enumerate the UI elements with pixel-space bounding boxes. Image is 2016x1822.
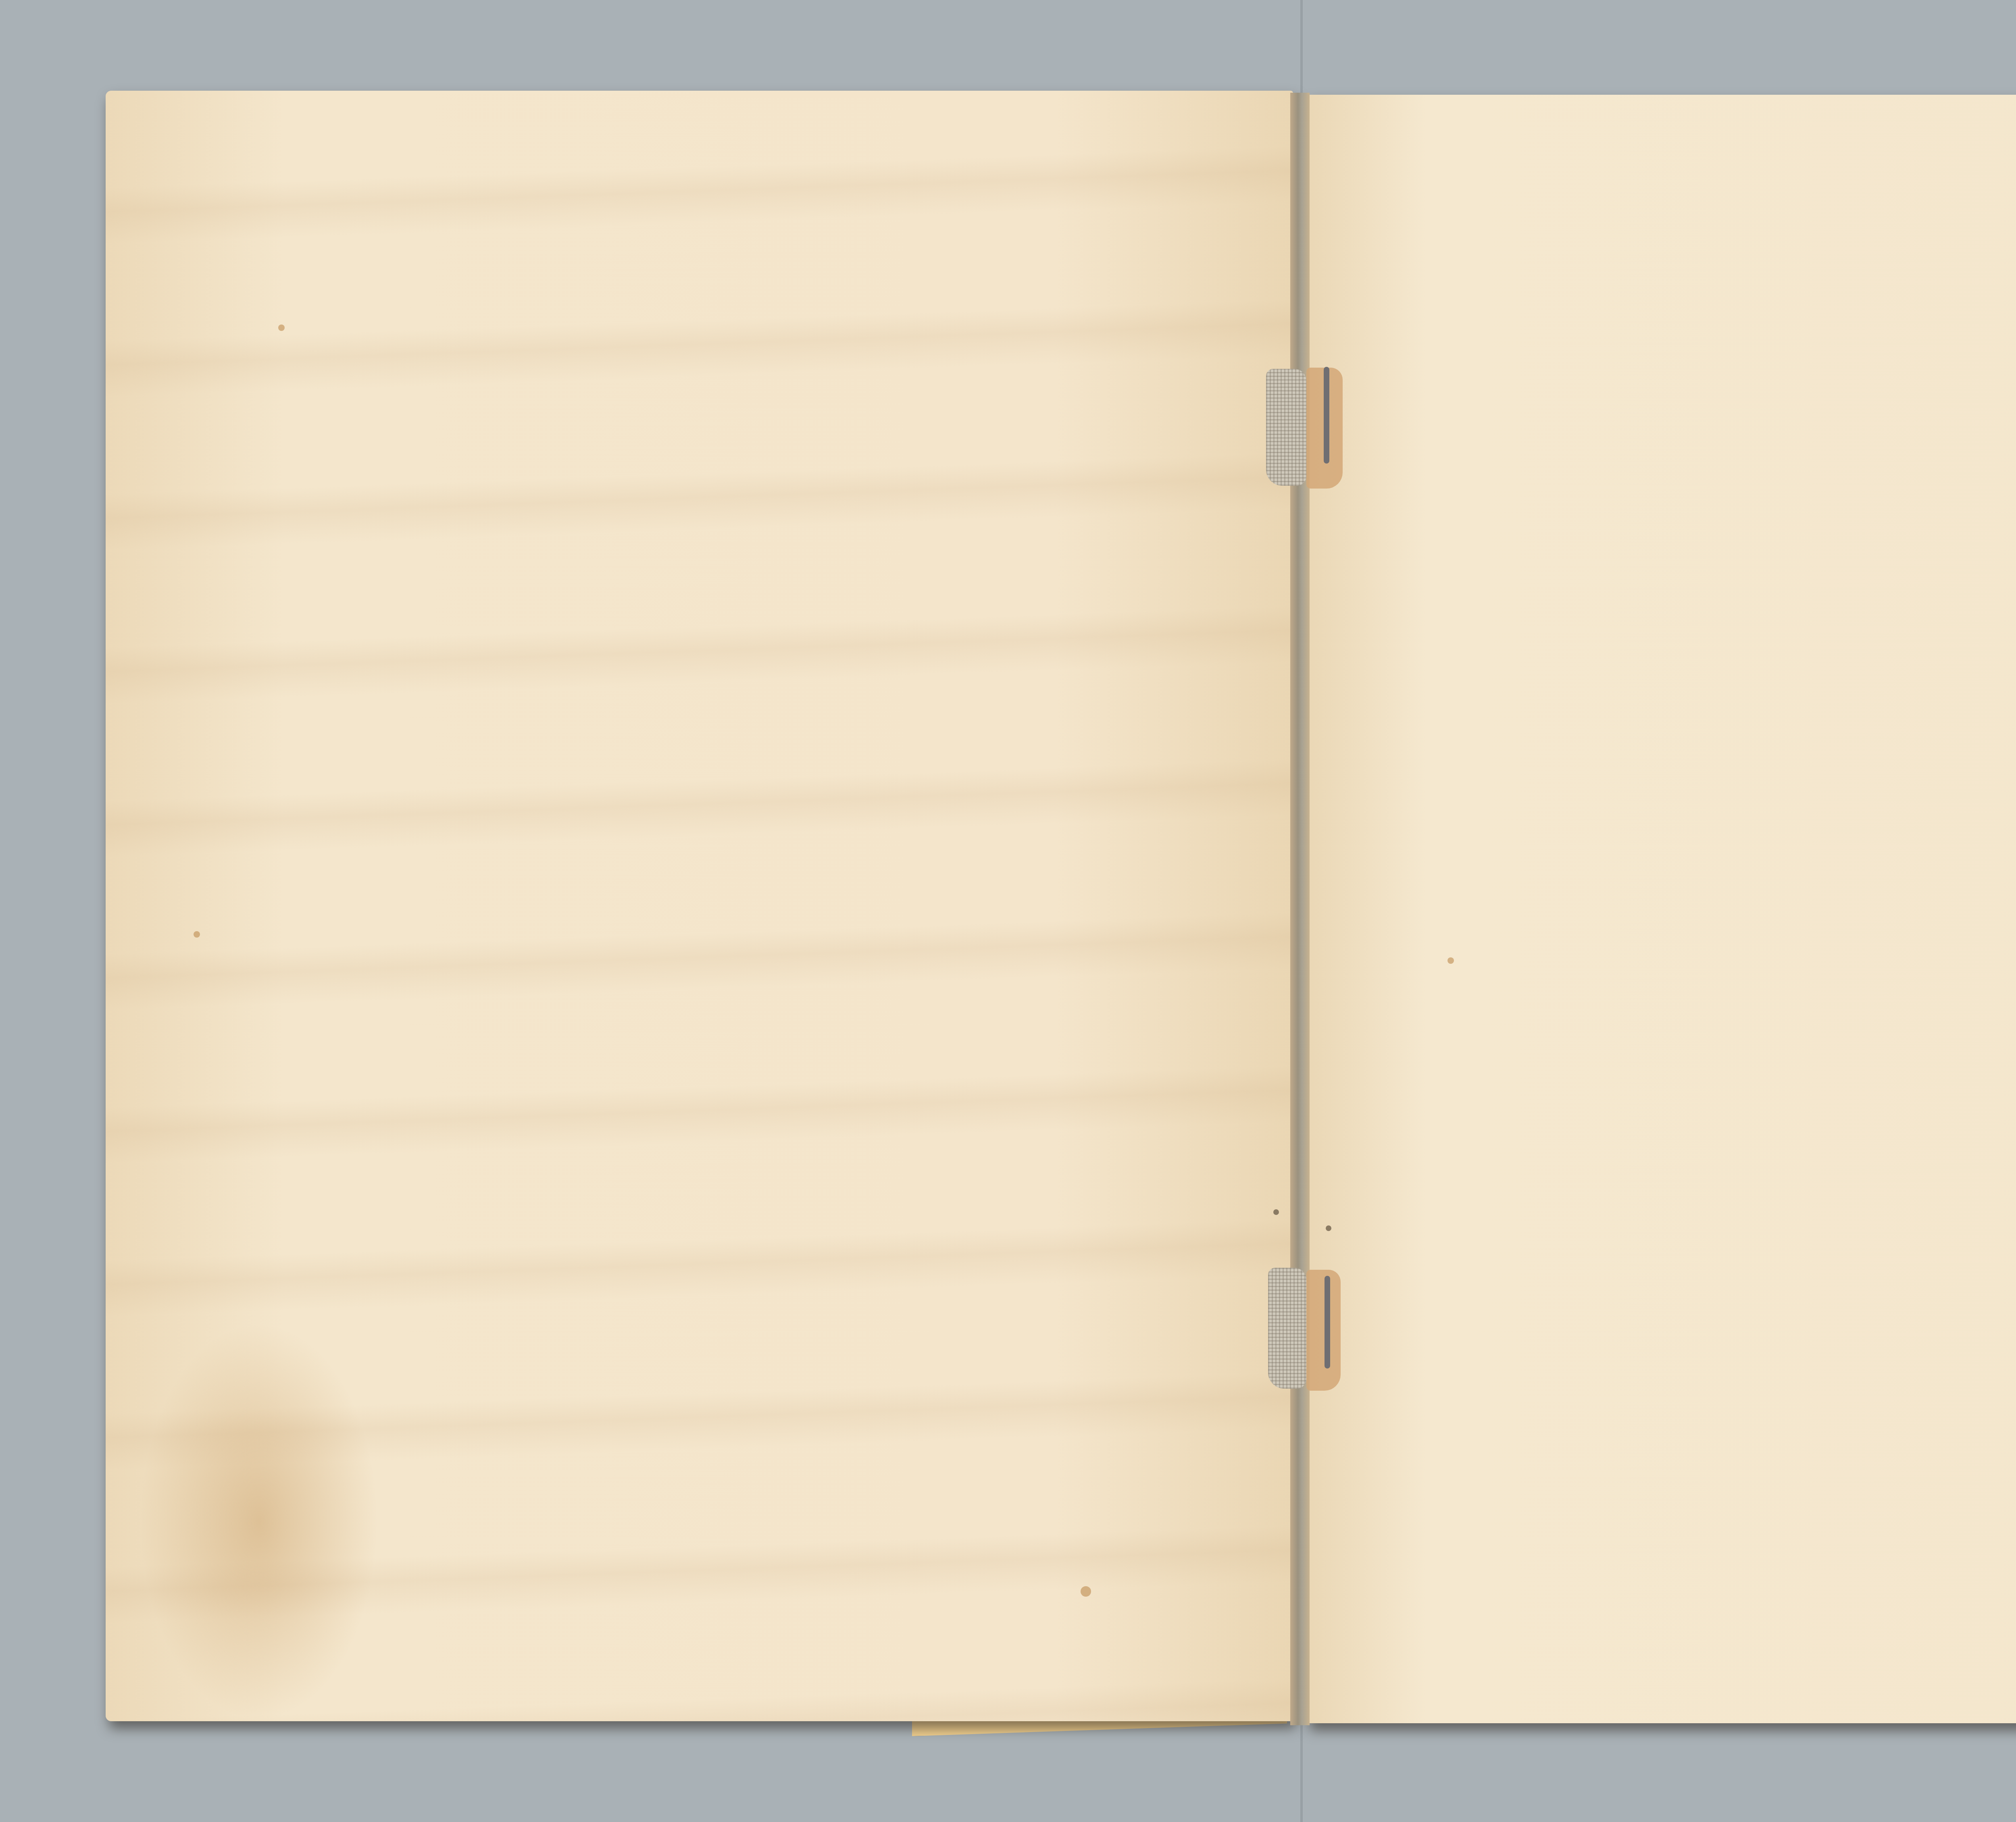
right-page <box>1306 95 2016 1723</box>
pinhole <box>1273 1209 1279 1215</box>
tape-residue-bottom <box>1306 1270 1341 1391</box>
gauze-top <box>1266 369 1306 486</box>
staple-icon-bottom <box>1325 1276 1330 1369</box>
book-spine <box>1290 93 1310 1725</box>
foxing-spot <box>1081 1586 1091 1597</box>
staple-icon-top <box>1324 367 1329 464</box>
foxing-spot <box>1447 957 1454 964</box>
pinhole <box>1326 1225 1331 1231</box>
gauze-bottom <box>1268 1268 1306 1389</box>
foxing-spot <box>278 324 285 331</box>
foxing-spot <box>194 931 200 938</box>
left-page <box>106 91 1293 1721</box>
open-book <box>0 0 2016 1822</box>
